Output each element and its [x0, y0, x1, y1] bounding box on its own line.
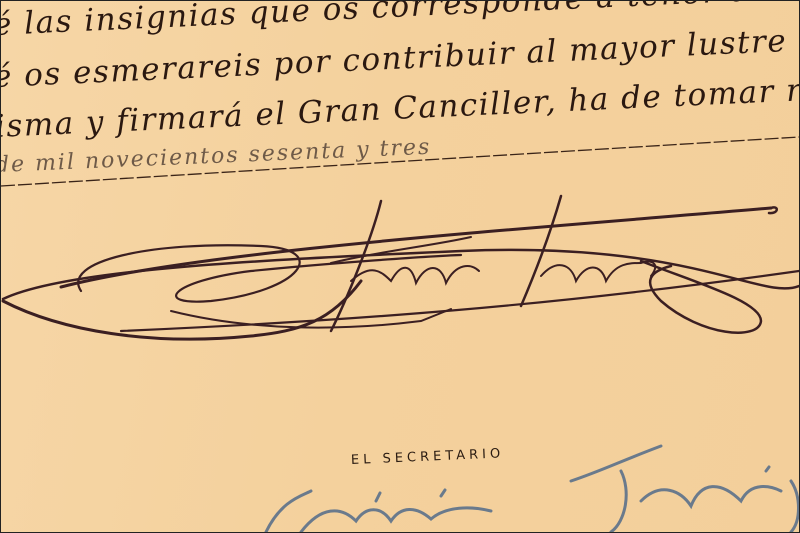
main-signature [3, 196, 799, 339]
date-underline [1, 137, 799, 186]
secretary-signature [266, 446, 799, 532]
document-page: é las insignias que os corresponde a ten… [1, 1, 799, 532]
